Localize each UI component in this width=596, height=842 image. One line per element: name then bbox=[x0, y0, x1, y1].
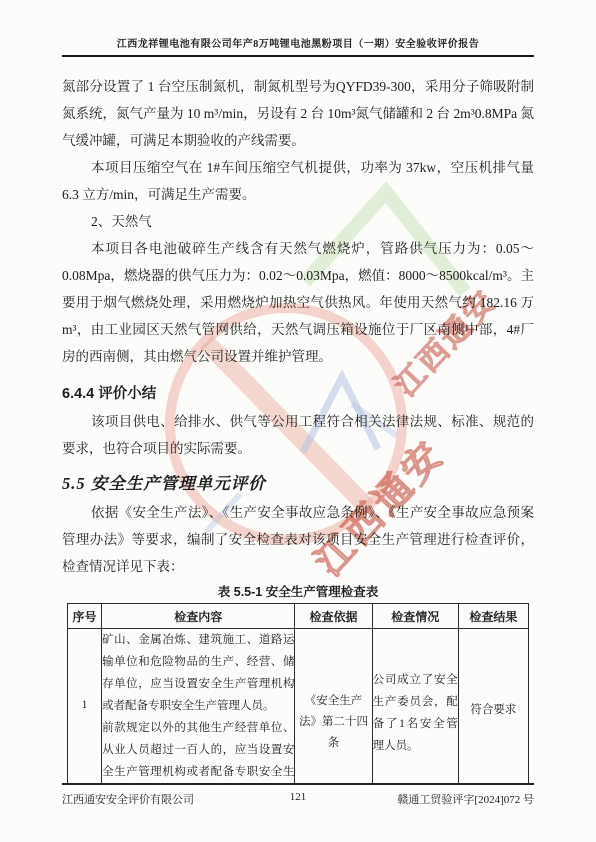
paragraph-nitrogen: 氮部分设置了 1 台空压制氮机，制氮机型号为QYFD39-300，采用分子筛吸附… bbox=[62, 73, 534, 154]
check-content-paragraph-1: 矿山、金属冶炼、建筑施工、道路运输单位和危险物品的生产、经营、储存单位，应当设置… bbox=[102, 629, 294, 717]
check-result-text: 符合要求 bbox=[459, 701, 528, 717]
check-basis-text: 《安全生产法》第二十四条 bbox=[295, 691, 371, 754]
report-header-title: 江西龙祥锂电池有限公司年产8万吨锂电池黑粉项目（一期）安全验收评价报告 bbox=[117, 39, 480, 50]
heading-5-5: 5.5 安全生产管理单元评价 bbox=[62, 470, 534, 494]
page-number: 121 bbox=[62, 791, 534, 803]
column-header-result: 检查结果 bbox=[458, 604, 528, 629]
page-footer: 江西通安安全评价有限公司 121 赣通工贸验评字[2024]072 号 bbox=[62, 783, 534, 842]
column-header-no: 序号 bbox=[68, 604, 102, 629]
table-caption: 表 5.5-1 安全生产管理检查表 bbox=[62, 582, 534, 600]
paragraph-basis: 依据《安全生产法》、《生产安全事故应急条例》、《生产安全事故应急预案管理办法》等… bbox=[62, 499, 534, 580]
table-header-row: 序号 检查内容 检查依据 检查情况 检查结果 bbox=[68, 604, 529, 629]
paragraph-natural-gas: 本项目各电池破碎生产线含有天然气燃烧炉，管路供气压力为：0.05～0.08Mpa… bbox=[62, 235, 534, 370]
paragraph-summary: 该项目供电、给排水、供气等公用工程符合相关法律法规、标准、规范的要求，也符合项目… bbox=[62, 408, 534, 462]
check-situation-text: 公司成立了安全生产委员会，配备了1名安全管理人员。 bbox=[373, 669, 458, 757]
document-page: 江西通安 江西通安 江西龙祥锂电池有限公司年产8万吨锂电池黑粉项目（一期）安全验… bbox=[0, 0, 596, 842]
column-header-content: 检查内容 bbox=[102, 604, 295, 629]
heading-6-4-4: 6.4.4 评价小结 bbox=[62, 382, 534, 403]
row-number-text: 1 bbox=[68, 699, 101, 711]
column-header-situation: 检查情况 bbox=[372, 604, 458, 629]
paragraph-compressed-air: 本项目压缩空气在 1#车间压缩空气机提供，功率为 37kw，空压机排气量 6.3… bbox=[62, 154, 534, 208]
column-header-basis: 检查依据 bbox=[295, 604, 372, 629]
page-header: 江西龙祥锂电池有限公司年产8万吨锂电池黑粉项目（一期）安全验收评价报告 bbox=[62, 0, 534, 57]
list-item-natural-gas: 2、天然气 bbox=[62, 208, 534, 235]
page-content: 氮部分设置了 1 台空压制氮机，制氮机型号为QYFD39-300，采用分子筛吸附… bbox=[62, 73, 534, 842]
